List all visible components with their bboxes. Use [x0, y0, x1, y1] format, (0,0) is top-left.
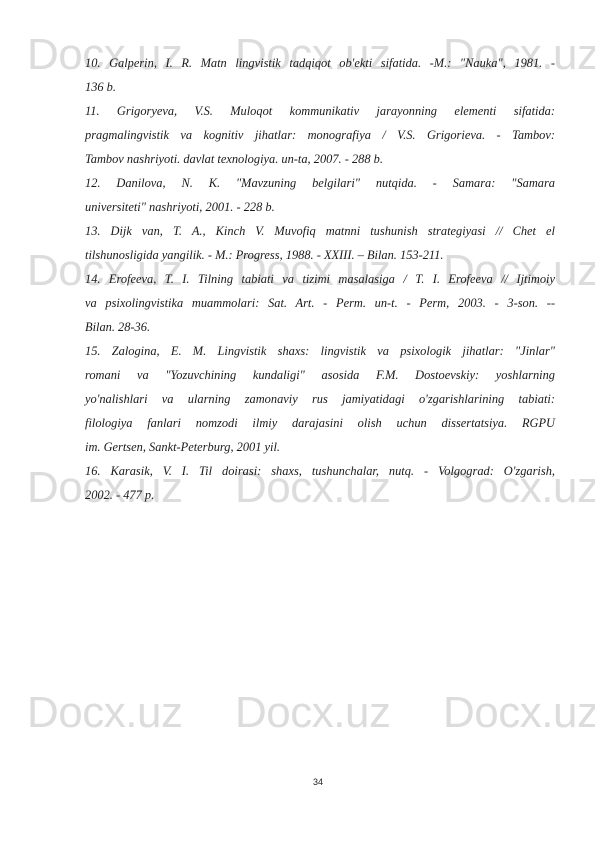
- reference-item-14: 14. Erofeeva, T. I. Tilning tabiati va t…: [85, 267, 555, 339]
- reference-list: 10. Galperin, I. R. Matn lingvistik tadq…: [85, 51, 555, 507]
- reference-item-16: 16. Karasik, V. I. Til doirasi: shaxs, t…: [85, 459, 555, 507]
- reference-line: universiteti" nashriyoti, 2001. - 228 b.: [85, 195, 555, 219]
- reference-line: 14. Erofeeva, T. I. Tilning tabiati va t…: [85, 267, 555, 291]
- reference-line: 136 b.: [85, 75, 555, 99]
- reference-line: va psixolingvistika muammolari: Sat. Art…: [85, 291, 555, 315]
- reference-line: 11. Grigoryeva, V.S. Muloqot kommunikati…: [85, 99, 555, 123]
- reference-line: pragmalingvistik va kognitiv jihatlar: m…: [85, 123, 555, 147]
- reference-line: filologiya fanlari nomzodi ilmiy darajas…: [85, 411, 555, 435]
- reference-line: romani va "Yozuvchining kundaligi" asosi…: [85, 363, 555, 387]
- reference-item-12: 12. Danilova, N. K. "Mavzuning belgilari…: [85, 171, 555, 219]
- reference-line: 16. Karasik, V. I. Til doirasi: shaxs, t…: [85, 459, 555, 483]
- reference-line: 13. Dijk van, T. A., Kinch V. Muvofiq ma…: [85, 219, 555, 243]
- reference-item-15: 15. Zalogina, E. M. Lingvistik shaxs: li…: [85, 339, 555, 459]
- reference-line: Bilan. 28-36.: [85, 315, 555, 339]
- reference-item-10: 10. Galperin, I. R. Matn lingvistik tadq…: [85, 51, 555, 99]
- reference-line: 12. Danilova, N. K. "Mavzuning belgilari…: [85, 171, 555, 195]
- watermark: Docx.uz: [235, 691, 390, 735]
- page-number: 34: [0, 777, 595, 787]
- reference-line: yo'nalishlari va ularning zamonaviy rus …: [85, 387, 555, 411]
- reference-line: 2002. - 477 p.: [85, 483, 555, 507]
- reference-item-13: 13. Dijk van, T. A., Kinch V. Muvofiq ma…: [85, 219, 555, 267]
- reference-item-11: 11. Grigoryeva, V.S. Muloqot kommunikati…: [85, 99, 555, 171]
- watermark: Docx.uz: [443, 691, 595, 735]
- reference-line: 15. Zalogina, E. M. Lingvistik shaxs: li…: [85, 339, 555, 363]
- reference-line: Tambov nashriyoti. davlat texnologiya. u…: [85, 147, 555, 171]
- reference-line: tilshunosligida yangilik. - M.: Progress…: [85, 243, 555, 267]
- watermark: Docx.uz: [27, 691, 182, 735]
- reference-line: 10. Galperin, I. R. Matn lingvistik tadq…: [85, 51, 555, 75]
- reference-line: im. Gertsen, Sankt-Peterburg, 2001 yil.: [85, 435, 555, 459]
